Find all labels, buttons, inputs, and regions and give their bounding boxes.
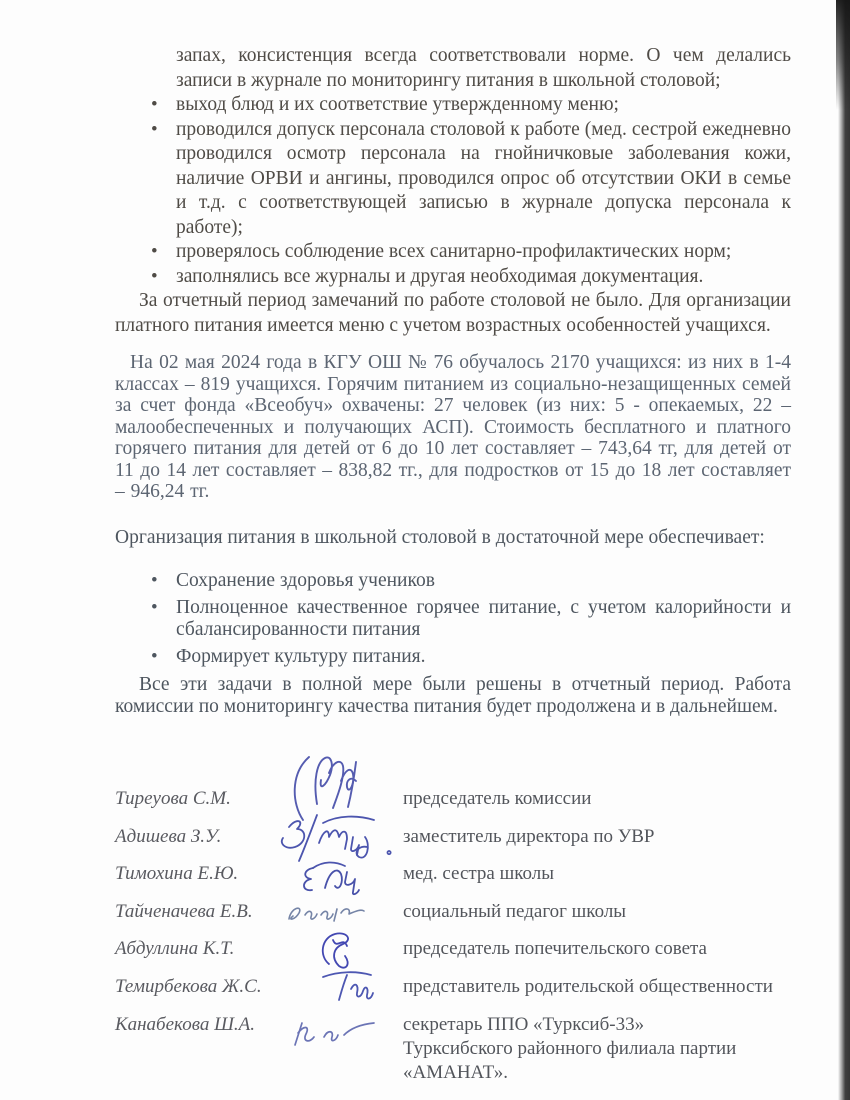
signature-ink — [273, 931, 403, 969]
benefit-item: • Полноценное качественное горячее питан… — [115, 597, 791, 640]
benefits-list: • Сохранение здоровья учеников • Полноце… — [115, 570, 791, 668]
signatory-title: председатель комиссии — [403, 787, 791, 811]
signature-row: Тайченачева Е.В. социальный педагог школ… — [115, 893, 791, 931]
signatory-name: Тайченачева Е.В. — [115, 900, 273, 925]
bullet-item: • выход блюд и их соответствие утвержден… — [115, 93, 791, 118]
scanned-document-page: запах, консистенция всегда соответствова… — [0, 0, 850, 1100]
paragraph-report-period: За отчетный период замечаний по работе с… — [115, 289, 791, 338]
bullet-dot: • — [151, 570, 158, 592]
signature-row: Адишева З.У. — [115, 818, 791, 856]
paragraph-conclusion: Все эти задачи в полной мере были решены… — [115, 674, 791, 719]
bullet-dot: • — [151, 93, 158, 118]
signatory-name: Абдуллина К.Т. — [115, 937, 273, 962]
paragraph-organization: Организация питания в школьной столовой … — [115, 527, 791, 549]
signatory-title: секретарь ППО «Турксиб-33» Турксибского … — [403, 1013, 755, 1085]
bullet-item: • заполнялись все журналы и другая необх… — [115, 265, 791, 290]
bullet-item: • проводился допуск персонала столовой к… — [115, 118, 791, 241]
signature-row: Темирбекова Ж.С. представитель родительс… — [115, 968, 791, 1006]
document-body: запах, консистенция всегда соответствова… — [115, 44, 791, 1085]
benefit-item: • Сохранение здоровья учеников — [115, 570, 791, 592]
signature-ink — [273, 856, 403, 894]
signature-row: Абдуллина К.Т. председатель попечительск… — [115, 931, 791, 969]
signature-row: Канабекова Ш.А. секретарь ППО «Турксиб-3… — [115, 1013, 791, 1085]
bullet-item: • проверялось соблюдение всех санитарно-… — [115, 240, 791, 265]
signatory-name: Адишева З.У. — [115, 825, 273, 850]
signatory-name: Канабекова Ш.А. — [115, 1013, 273, 1038]
bullet-dot: • — [151, 265, 158, 290]
bullet-dot: • — [151, 240, 158, 265]
scanner-edge-shadow — [838, 0, 850, 1100]
signatory-name: Темирбекова Ж.С. — [115, 975, 273, 1000]
signatory-title: представитель родительской общественност… — [403, 975, 791, 999]
bullet-dot: • — [151, 118, 158, 143]
signatory-title: социальный педагог школы — [403, 900, 791, 924]
signature-row: Тимохина Е.Ю. мед. сестра школы — [115, 856, 791, 894]
paragraph-enrollment: На 02 мая 2024 года в КГУ ОШ № 76 обучал… — [115, 352, 791, 503]
bullet-dot: • — [151, 597, 158, 619]
signatory-title: заместитель директора по УВР — [403, 825, 791, 849]
signatory-title: председатель попечительского совета — [403, 937, 791, 961]
signature-row: Тиреуова С.М. председатель комиссии — [115, 781, 791, 819]
signature-block: Тиреуова С.М. председатель комиссии — [115, 781, 791, 1085]
signatory-name: Тимохина Е.Ю. — [115, 862, 273, 887]
signature-ink — [273, 968, 403, 1006]
signatory-name: Тиреуова С.М. — [115, 787, 273, 812]
signatory-title: мед. сестра школы — [403, 862, 791, 886]
scanner-edge-shadow-top — [836, 0, 850, 110]
intro-continuation: запах, консистенция всегда соответствова… — [115, 44, 791, 93]
benefit-item: • Формирует культуру питания. — [115, 646, 791, 668]
bullet-dot: • — [151, 646, 158, 668]
signature-ink — [273, 818, 403, 856]
intro-list: запах, консистенция всегда соответствова… — [115, 44, 791, 289]
